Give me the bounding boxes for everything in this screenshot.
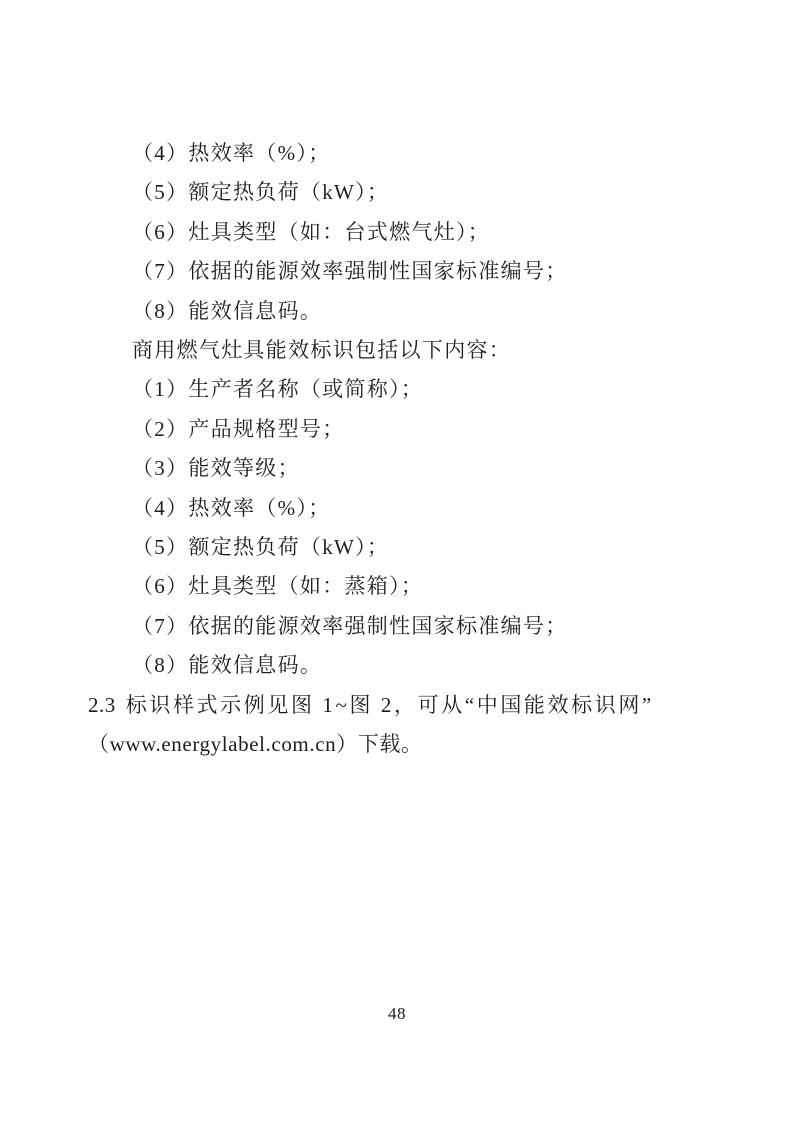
section-number: 2.3	[88, 693, 116, 717]
list-item: （5）额定热负荷（kW）；	[132, 528, 712, 567]
list-item: （7）依据的能源效率强制性国家标准编号；	[132, 252, 712, 291]
list-item: （4）热效率（%）；	[132, 134, 712, 173]
list-item: （4）热效率（%）；	[132, 489, 712, 528]
page-number: 48	[0, 1003, 794, 1025]
list-item: （8）能效信息码。	[132, 646, 712, 685]
doc-page: （4）热效率（%）； （5）额定热负荷（kW）； （6）灶具类型（如：台式燃气灶…	[0, 0, 794, 1123]
list-item: （5）额定热负荷（kW）；	[132, 173, 712, 212]
list-item: （3）能效等级；	[132, 449, 712, 488]
list-item: （8）能效信息码。	[132, 292, 712, 331]
section-2-3-line2: （www.energylabel.com.cn）下载。	[88, 725, 712, 764]
list-item: （1）生产者名称（或简称）；	[132, 370, 712, 409]
list-item: （2）产品规格型号；	[132, 410, 712, 449]
section-2-3-line1: 2.3标识样式示例见图 1~图 2，可从“中国能效标识网”	[88, 686, 712, 725]
list-item: （6）灶具类型（如：蒸箱）；	[132, 567, 712, 606]
page-body: （4）热效率（%）； （5）额定热负荷（kW）； （6）灶具类型（如：台式燃气灶…	[88, 134, 712, 765]
list-item: （6）灶具类型（如：台式燃气灶）；	[132, 213, 712, 252]
section-text: 标识样式示例见图 1~图 2，可从“中国能效标识网”	[126, 693, 654, 717]
list-item: （7）依据的能源效率强制性国家标准编号；	[132, 607, 712, 646]
intro-paragraph: 商用燃气灶具能效标识包括以下内容：	[132, 331, 712, 370]
